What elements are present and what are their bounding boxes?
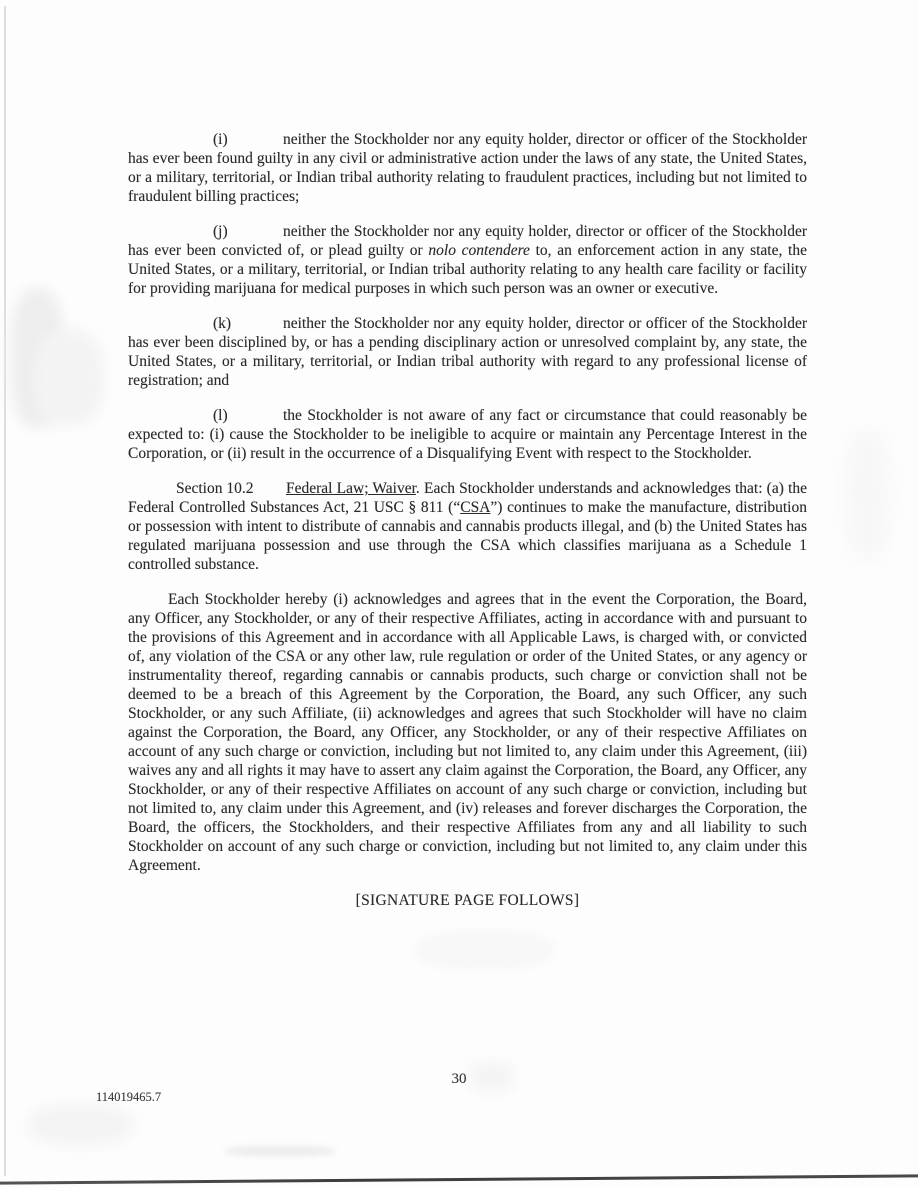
scan-artifact: [845, 430, 890, 560]
subparagraph-k: (k)neither the Stockholder nor any equit…: [128, 314, 807, 390]
subparagraph-l-label: (l): [213, 406, 283, 425]
scan-artifact: [28, 1104, 133, 1146]
section-10-2: Section 10.2Federal Law; Waiver. Each St…: [128, 479, 807, 574]
defined-term-csa: CSA: [460, 499, 490, 516]
waiver-paragraph: Each Stockholder hereby (i) acknowledges…: [128, 590, 807, 875]
document-body: (i)neither the Stockholder nor any equit…: [128, 130, 807, 910]
scan-edge-line-left: [4, 6, 6, 1176]
subparagraph-i: (i)neither the Stockholder nor any equit…: [128, 130, 807, 206]
latin-term-italic: nolo contendere: [428, 242, 530, 259]
subparagraph-k-label: (k): [213, 314, 283, 333]
document-page: (i)neither the Stockholder nor any equit…: [0, 0, 918, 1188]
scan-artifact: [415, 930, 555, 970]
section-number: Section 10.2: [176, 479, 286, 498]
page-number: 30: [0, 1071, 918, 1088]
subparagraph-j-label: (j): [213, 222, 283, 241]
scan-artifact: [225, 1146, 335, 1156]
subparagraph-l: (l)the Stockholder is not aware of any f…: [128, 406, 807, 463]
scan-artifact: [34, 330, 104, 425]
section-heading: Federal Law; Waiver: [286, 480, 416, 497]
scan-edge-line-bottom: [0, 1174, 918, 1184]
signature-page-notice: [SIGNATURE PAGE FOLLOWS]: [128, 891, 807, 910]
subparagraph-i-label: (i): [213, 130, 283, 149]
subparagraph-j: (j)neither the Stockholder nor any equit…: [128, 222, 807, 298]
document-control-number: 114019465.7: [96, 1090, 161, 1105]
